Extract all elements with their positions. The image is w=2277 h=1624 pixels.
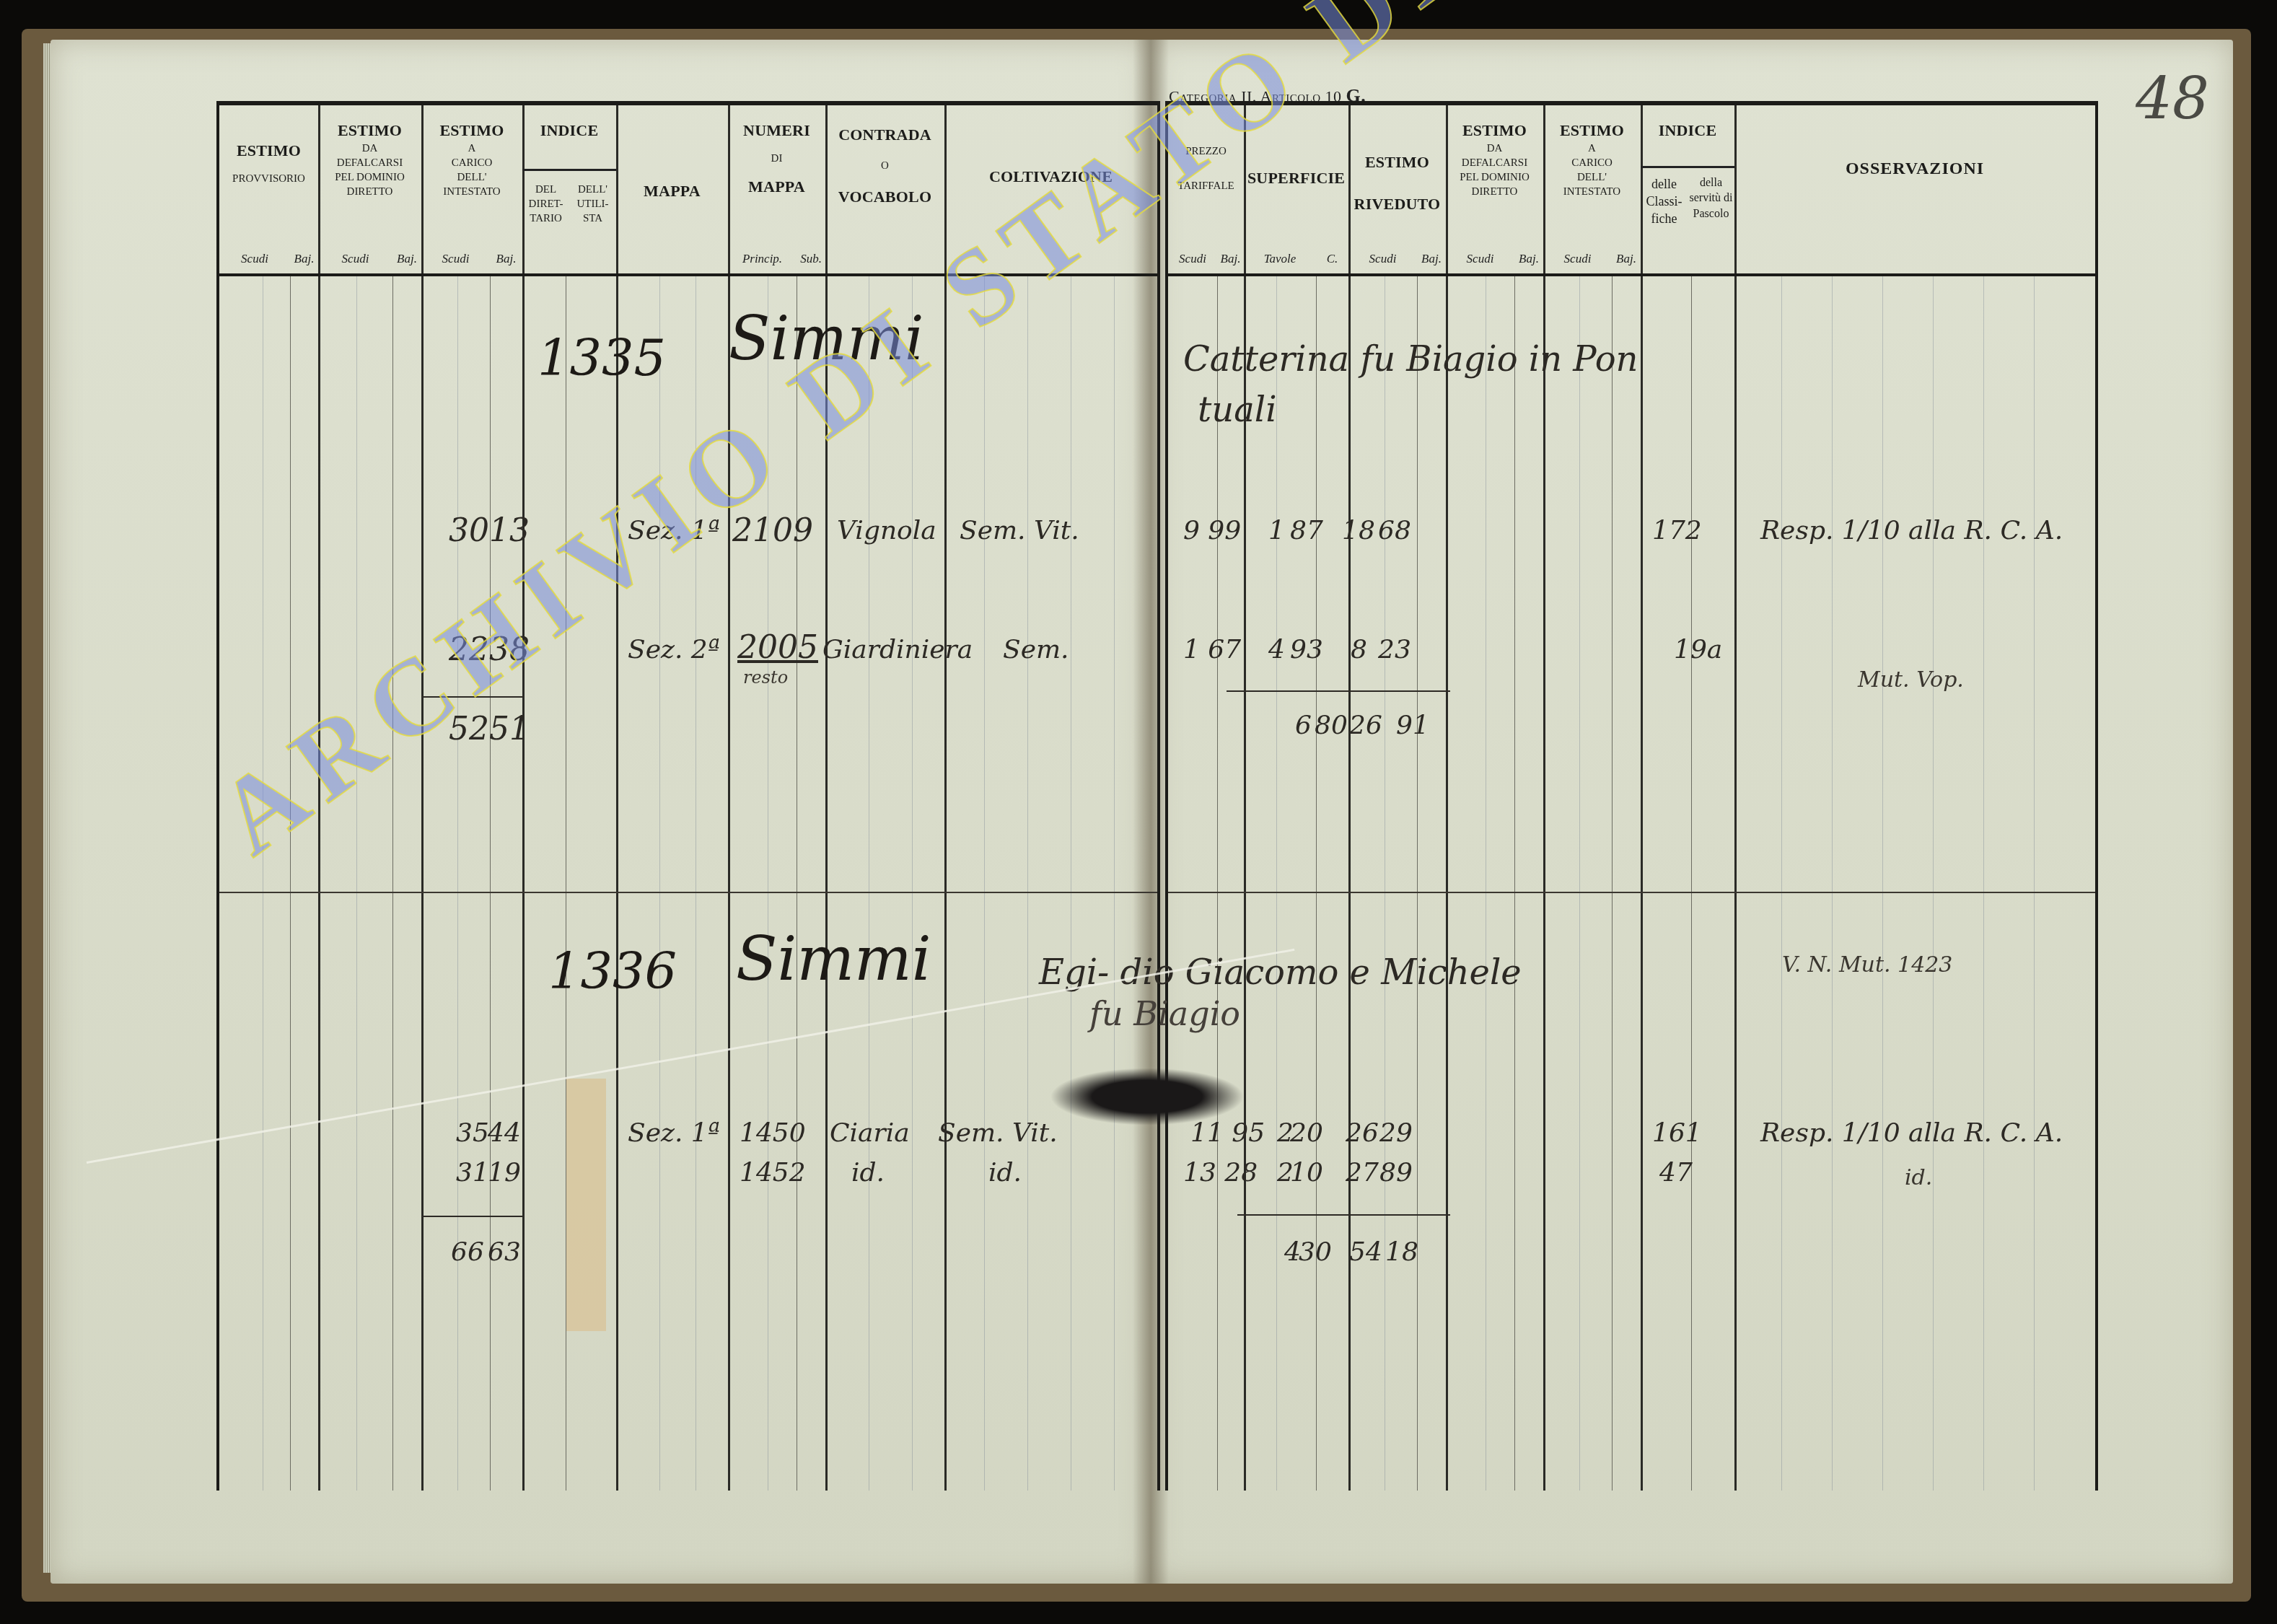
cell-estimo-baj: 13 bbox=[489, 512, 530, 549]
cell-numero-mappa: 1450 bbox=[740, 1118, 806, 1148]
cell-prezzo: 13 28 bbox=[1183, 1158, 1258, 1188]
cell-indice-classi: 161 bbox=[1652, 1118, 1702, 1148]
cell-indice-classi: 47 bbox=[1659, 1158, 1693, 1188]
subheader-sub: Sub. bbox=[797, 242, 825, 275]
cell-estimo-baj: 19 bbox=[488, 1158, 521, 1188]
subheader-scudi: Scudi bbox=[318, 242, 392, 275]
cell-coltivazione: Sem. bbox=[1003, 635, 1069, 664]
total-superficie-c: 80 bbox=[1315, 711, 1348, 740]
cell-contrada: Vignola bbox=[837, 516, 936, 545]
paper-repair-strip bbox=[566, 1079, 606, 1331]
entry-number: 1335 bbox=[538, 328, 666, 387]
header-indice: INDICE DEL DIRET-TARIO DELL' UTILI-STA bbox=[522, 105, 616, 276]
total-estimo-scudi: 52 bbox=[449, 711, 489, 747]
total-riveduto-baj: 18 bbox=[1385, 1237, 1418, 1267]
cell-superficie-c: 20 bbox=[1290, 1118, 1323, 1148]
subheader-princip: Princip. bbox=[728, 242, 797, 275]
total-estimo-baj: 63 bbox=[488, 1237, 521, 1267]
ink-blot bbox=[1050, 1068, 1245, 1125]
cell-numero-mappa: 1452 bbox=[740, 1158, 806, 1188]
right-ledger-table: PREZZO TARIFFALE SUPERFICIE ESTIMO RIVED… bbox=[1165, 101, 2098, 1491]
header-mappa: MAPPA bbox=[616, 105, 728, 276]
total-riveduto-scudi: 26 bbox=[1349, 711, 1382, 740]
cell-osservazioni: Resp. 1/10 alla R. C. A. bbox=[1760, 516, 2063, 545]
cell-osservazioni: Mut. Vop. bbox=[1858, 667, 1964, 693]
cell-contrada: id. bbox=[851, 1158, 885, 1188]
entry-owner-continued: fu Biagio bbox=[1089, 994, 1240, 1033]
total-superficie-c: 30 bbox=[1299, 1237, 1332, 1267]
entry-owner-continued: tuali bbox=[1198, 390, 1277, 430]
subheader-baj: Baj. bbox=[1417, 242, 1446, 275]
cell-prezzo: 1 67 bbox=[1183, 635, 1241, 664]
cell-contrada: Ciaria bbox=[830, 1118, 910, 1148]
header-contrada: CONTRADA O VOCABOLO bbox=[825, 105, 944, 276]
cell-mappa: Sez. 1ª bbox=[628, 1118, 720, 1148]
total-rule bbox=[1237, 1214, 1450, 1216]
cell-superficie-tavole: 4 bbox=[1268, 635, 1285, 664]
cell-estimo-baj: 38 bbox=[489, 631, 530, 668]
subheader-scudi: Scudi bbox=[219, 242, 290, 275]
subheader-baj: Baj. bbox=[290, 242, 318, 275]
header-osservazioni: OSSERVAZIONI bbox=[1734, 105, 2095, 276]
subheader-centesimi: C. bbox=[1316, 242, 1348, 275]
cell-estimo-baj: 44 bbox=[488, 1118, 521, 1148]
cell-estimo-scudi: 30 bbox=[449, 512, 489, 549]
total-rule bbox=[422, 1216, 523, 1217]
cell-estimo-scudi: 35 bbox=[456, 1118, 489, 1148]
left-ledger-table: ESTIMO PROVVISORIO ESTIMO DA DEFALCARSI … bbox=[216, 101, 1160, 1491]
cell-riveduto-scudi: 27 bbox=[1346, 1158, 1379, 1188]
cell-numero-note: resto bbox=[743, 667, 788, 688]
entry-note: V. N. Mut. 1423 bbox=[1782, 952, 1952, 978]
cell-riveduto-scudi: 26 bbox=[1346, 1118, 1379, 1148]
cell-coltivazione: Sem. Vit. bbox=[960, 516, 1079, 545]
cell-mappa: Sez. 2ª bbox=[628, 635, 720, 664]
cell-riveduto-baj: 23 bbox=[1378, 635, 1411, 664]
cell-osservazioni: id. bbox=[1905, 1165, 1932, 1190]
subheader-baj: Baj. bbox=[1612, 242, 1641, 275]
subheader-scudi: Scudi bbox=[1446, 242, 1514, 275]
total-rule bbox=[1227, 690, 1450, 692]
subheader-baj: Baj. bbox=[490, 242, 522, 275]
subheader-baj: Baj. bbox=[1217, 242, 1244, 275]
subheader-scudi: Scudi bbox=[1168, 242, 1217, 275]
header-indice-right: INDICE delle Classi-fiche della servitù … bbox=[1641, 105, 1734, 276]
total-riveduto-baj: 91 bbox=[1396, 711, 1429, 740]
subheader-scudi: Scudi bbox=[1543, 242, 1612, 275]
folio-number: 48 bbox=[2136, 65, 2209, 132]
entry-number: 1336 bbox=[548, 942, 677, 1001]
cell-contrada: Giardiniera bbox=[822, 635, 973, 664]
total-rule bbox=[422, 696, 523, 698]
cell-riveduto-baj: 29 bbox=[1379, 1118, 1413, 1148]
cell-coltivazione: Sem. Vit. bbox=[938, 1118, 1058, 1148]
cell-riveduto-scudi: 18 bbox=[1342, 516, 1375, 545]
subheader-baj: Baj. bbox=[1514, 242, 1543, 275]
cell-indice-classi: 19a bbox=[1674, 635, 1722, 664]
total-riveduto-scudi: 54 bbox=[1349, 1237, 1382, 1267]
entry-surname: Simmi bbox=[729, 303, 924, 374]
cell-superficie-tavole: 1 bbox=[1268, 516, 1285, 545]
subheader-tavole: Tavole bbox=[1244, 242, 1316, 275]
cell-riveduto-baj: 68 bbox=[1378, 516, 1411, 545]
cell-estimo-scudi: 22 bbox=[449, 631, 489, 668]
cell-mappa: Sez. 1ª bbox=[628, 516, 720, 545]
entry-owner: Catterina fu Biagio in Pon bbox=[1183, 339, 1638, 379]
cell-prezzo: 9 99 bbox=[1183, 516, 1241, 545]
cell-osservazioni: Resp. 1/10 alla R. C. A. bbox=[1760, 1118, 2063, 1148]
cell-indice-classi: 172 bbox=[1652, 516, 1702, 545]
cell-superficie-c: 10 bbox=[1290, 1158, 1323, 1188]
cell-superficie-c: 93 bbox=[1290, 635, 1323, 664]
subheader-scudi: Scudi bbox=[1348, 242, 1417, 275]
cell-numero-mappa: 2005 bbox=[737, 629, 818, 666]
cell-riveduto-baj: 89 bbox=[1379, 1158, 1413, 1188]
entry-owner: Egi- dio Giacomo e Michele bbox=[1039, 952, 1522, 993]
subheader-baj: Baj. bbox=[392, 242, 421, 275]
header-coltivazione: COLTIVAZIONE bbox=[944, 105, 1157, 276]
cell-coltivazione: id. bbox=[988, 1158, 1022, 1188]
subheader-scudi: Scudi bbox=[421, 242, 490, 275]
cell-numero-mappa: 2109 bbox=[732, 512, 813, 549]
total-superficie-tavole: 6 bbox=[1295, 711, 1312, 740]
total-estimo-baj: 51 bbox=[489, 711, 530, 747]
cell-superficie-c: 87 bbox=[1290, 516, 1323, 545]
total-estimo-scudi: 66 bbox=[451, 1237, 484, 1267]
entry-surname: Simmi bbox=[736, 923, 931, 994]
cell-estimo-scudi: 31 bbox=[456, 1158, 489, 1188]
cell-riveduto-scudi: 8 bbox=[1351, 635, 1367, 664]
